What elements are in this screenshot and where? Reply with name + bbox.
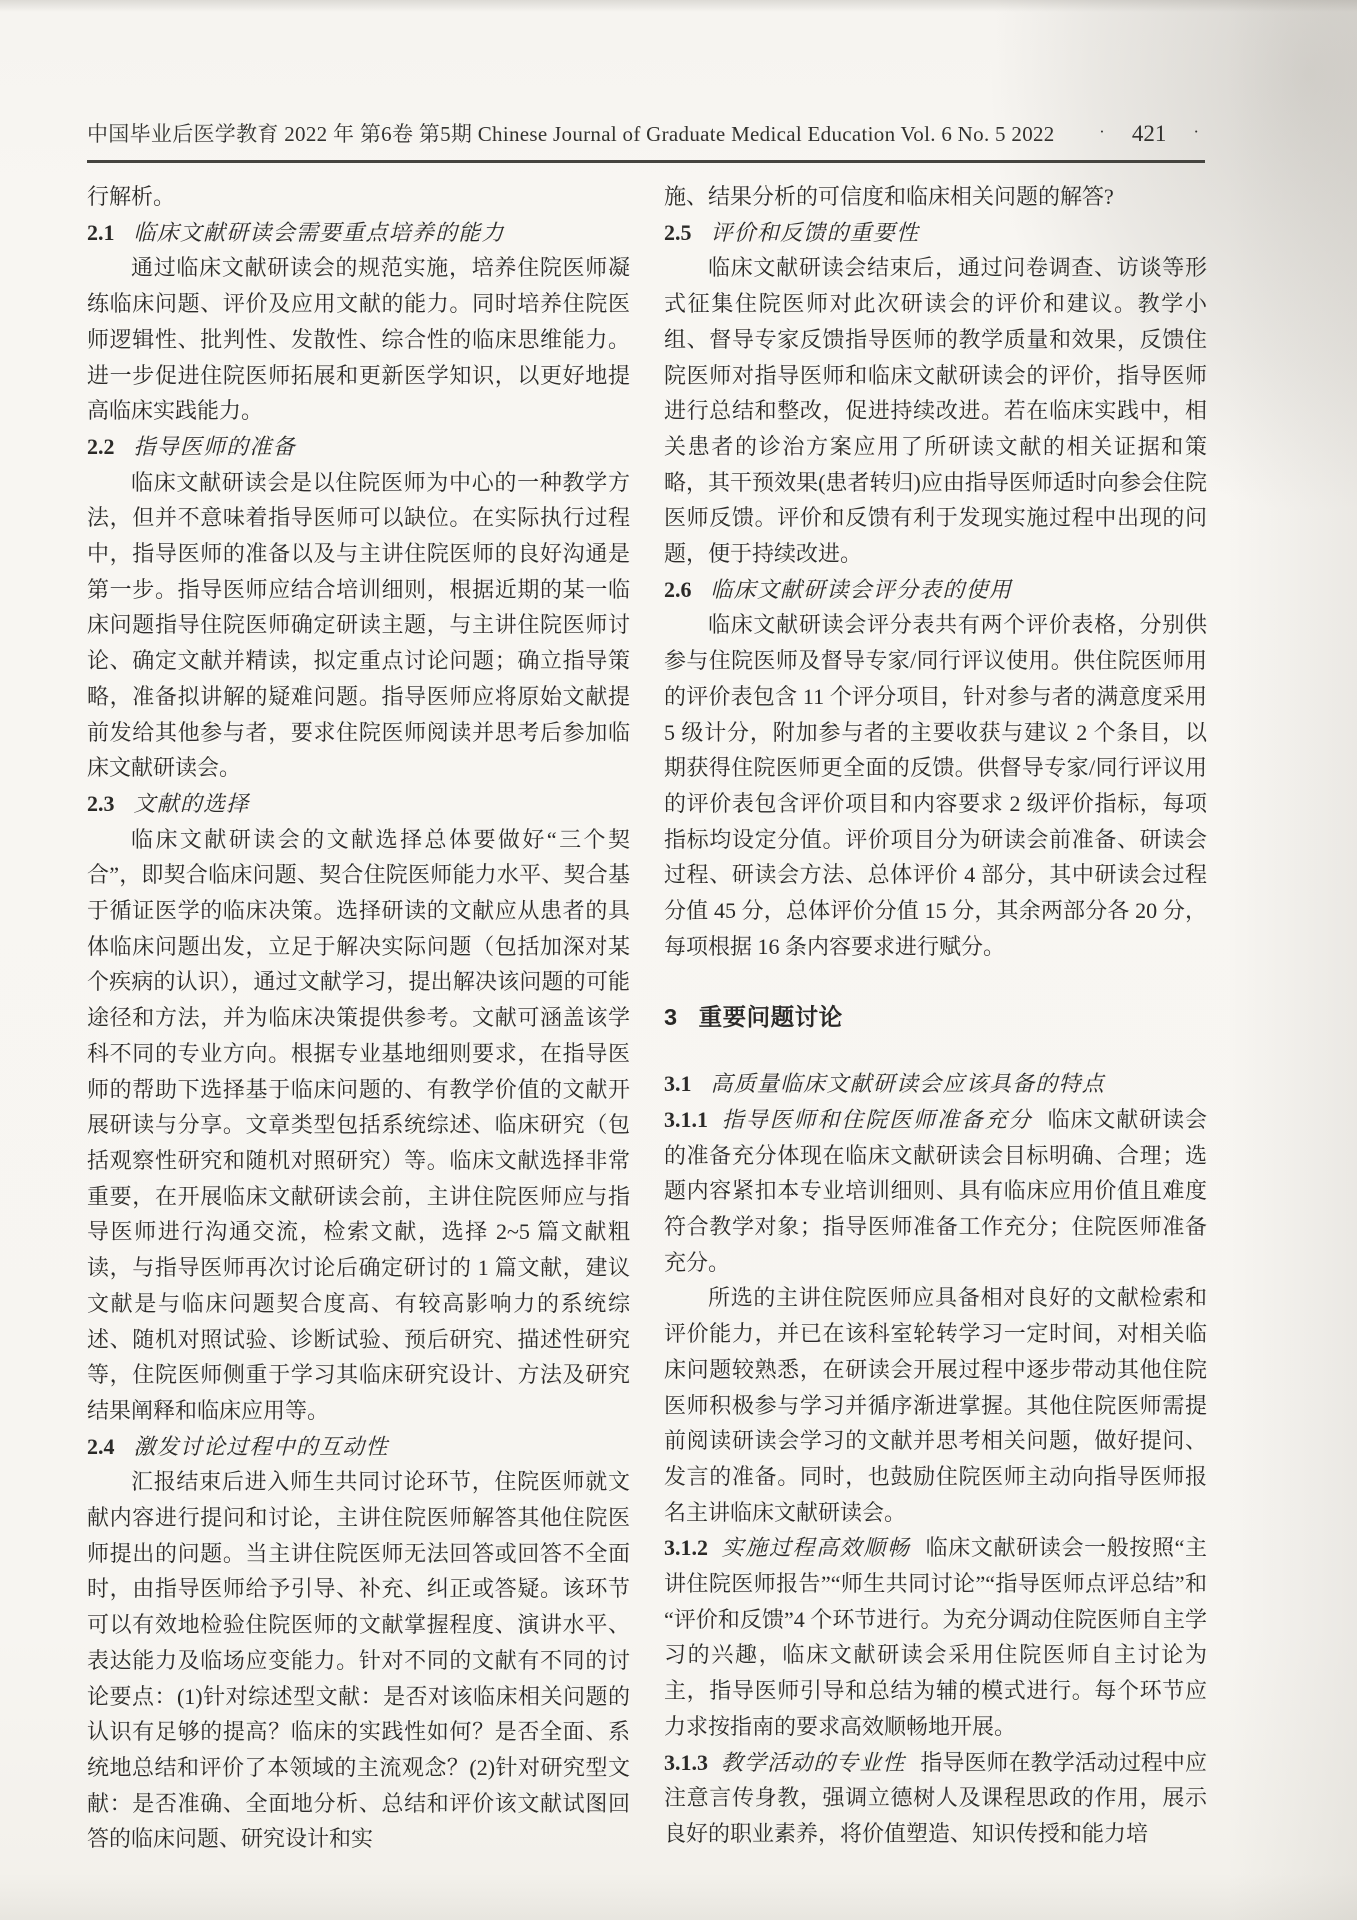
- article-body: 行解析。 2.1临床文献研读会需要重点培养的能力 通过临床文献研读会的规范实施，…: [87, 179, 1207, 1857]
- section-title: 高质量临床文献研读会应该具备的特点: [711, 1071, 1105, 1096]
- journal-title: 中国毕业后医学教育 2022 年 第6卷 第5期 Chinese Journal…: [87, 118, 1055, 148]
- continuation-paragraph: 施、结果分析的可信度和临床相关问题的解答?: [664, 179, 1207, 215]
- section-heading-2-5: 2.5评价和反馈的重要性: [664, 215, 1207, 251]
- subsection-number: 3.1.1: [664, 1107, 708, 1132]
- section-number: 2.3: [87, 791, 115, 816]
- chapter-heading-3: 3重要问题讨论: [664, 1000, 1207, 1036]
- right-column: 施、结果分析的可信度和临床相关问题的解答? 2.5评价和反馈的重要性 临床文献研…: [664, 179, 1207, 1857]
- page-number-value: 421: [1132, 121, 1167, 147]
- section-title: 临床文献研读会需要重点培养的能力: [134, 220, 505, 245]
- subsection-text: 临床文献研读会的准备充分体现在临床文献研读会目标明确、合理；选题内容紧扣本专业培…: [664, 1107, 1207, 1275]
- runin-paragraph-3-1-3: 3.1.3教学活动的专业性指导医师在教学活动过程中应注意言传身教，强调立德树人及…: [664, 1745, 1207, 1852]
- runin-paragraph-3-1-1: 3.1.1指导医师和住院医师准备充分临床文献研读会的准备充分体现在临床文献研读会…: [664, 1102, 1207, 1281]
- subsection-text: 临床文献研读会一般按照“主讲住院医师报告”“师生共同讨论”“指导医师点评总结”和…: [664, 1535, 1207, 1739]
- section-title: 临床文献研读会评分表的使用: [711, 577, 1013, 602]
- paragraph: 临床文献研读会是以住院医师为中心的一种教学方法，但并不意味着指导医师可以缺位。在…: [87, 465, 630, 786]
- chapter-number: 3: [664, 1004, 678, 1030]
- scan-shade-bottom: [0, 1874, 1357, 1920]
- section-heading-2-2: 2.2指导医师的准备: [87, 429, 630, 465]
- runin-paragraph-3-1-2: 3.1.2实施过程高效顺畅临床文献研读会一般按照“主讲住院医师报告”“师生共同讨…: [664, 1530, 1207, 1744]
- section-heading-2-1: 2.1临床文献研读会需要重点培养的能力: [87, 215, 630, 251]
- section-title: 评价和反馈的重要性: [711, 220, 920, 245]
- section-number: 2.5: [664, 220, 692, 245]
- page-number-dot: ·: [1193, 122, 1199, 142]
- section-number: 2.6: [664, 577, 692, 602]
- subsection-title: 指导医师和住院医师准备充分: [721, 1107, 1033, 1132]
- scanned-page: 中国毕业后医学教育 2022 年 第6卷 第5期 Chinese Journal…: [0, 0, 1357, 1920]
- page-number-dot: ·: [1099, 122, 1105, 142]
- subsection-number: 3.1.2: [664, 1535, 708, 1560]
- left-column: 行解析。 2.1临床文献研读会需要重点培养的能力 通过临床文献研读会的规范实施，…: [87, 179, 630, 1857]
- subsection-title: 教学活动的专业性: [721, 1750, 905, 1775]
- section-heading-3-1: 3.1高质量临床文献研读会应该具备的特点: [664, 1066, 1207, 1102]
- paragraph: 临床文献研读会评分表共有两个评价表格，分别供参与住院医师及督导专家/同行评议使用…: [664, 607, 1207, 964]
- chapter-title: 重要问题讨论: [699, 1004, 843, 1030]
- continuation-paragraph: 行解析。: [87, 179, 630, 215]
- section-number: 2.2: [87, 434, 115, 459]
- scan-shade-right: [1227, 0, 1357, 1920]
- section-title: 激发讨论过程中的互动性: [134, 1434, 389, 1459]
- section-number: 2.1: [87, 220, 115, 245]
- section-number: 2.4: [87, 1434, 115, 1459]
- section-title: 文献的选择: [134, 791, 250, 816]
- scan-shade-top: [0, 0, 1357, 12]
- paragraph: 临床文献研读会的文献选择总体要做好“三个契合”，即契合临床问题、契合住院医师能力…: [87, 822, 630, 1429]
- paragraph: 所选的主讲住院医师应具备相对良好的文献检索和评价能力，并已在该科室轮转学习一定时…: [664, 1280, 1207, 1530]
- page-number: · 421 ·: [1099, 121, 1199, 147]
- section-title: 指导医师的准备: [134, 434, 296, 459]
- section-number: 3.1: [664, 1071, 692, 1096]
- section-heading-2-3: 2.3文献的选择: [87, 786, 630, 822]
- subsection-title: 实施过程高效顺畅: [721, 1535, 911, 1560]
- paragraph: 汇报结束后进入师生共同讨论环节，住院医师就文献内容进行提问和讨论，主讲住院医师解…: [87, 1464, 630, 1857]
- section-heading-2-4: 2.4激发讨论过程中的互动性: [87, 1429, 630, 1465]
- journal-header: 中国毕业后医学教育 2022 年 第6卷 第5期 Chinese Journal…: [87, 118, 1205, 148]
- section-heading-2-6: 2.6临床文献研读会评分表的使用: [664, 572, 1207, 608]
- header-rule: [87, 160, 1205, 163]
- paragraph: 通过临床文献研读会的规范实施，培养住院医师凝练临床问题、评价及应用文献的能力。同…: [87, 250, 630, 429]
- subsection-number: 3.1.3: [664, 1750, 708, 1775]
- paragraph: 临床文献研读会结束后，通过问卷调查、访谈等形式征集住院医师对此次研读会的评价和建…: [664, 250, 1207, 571]
